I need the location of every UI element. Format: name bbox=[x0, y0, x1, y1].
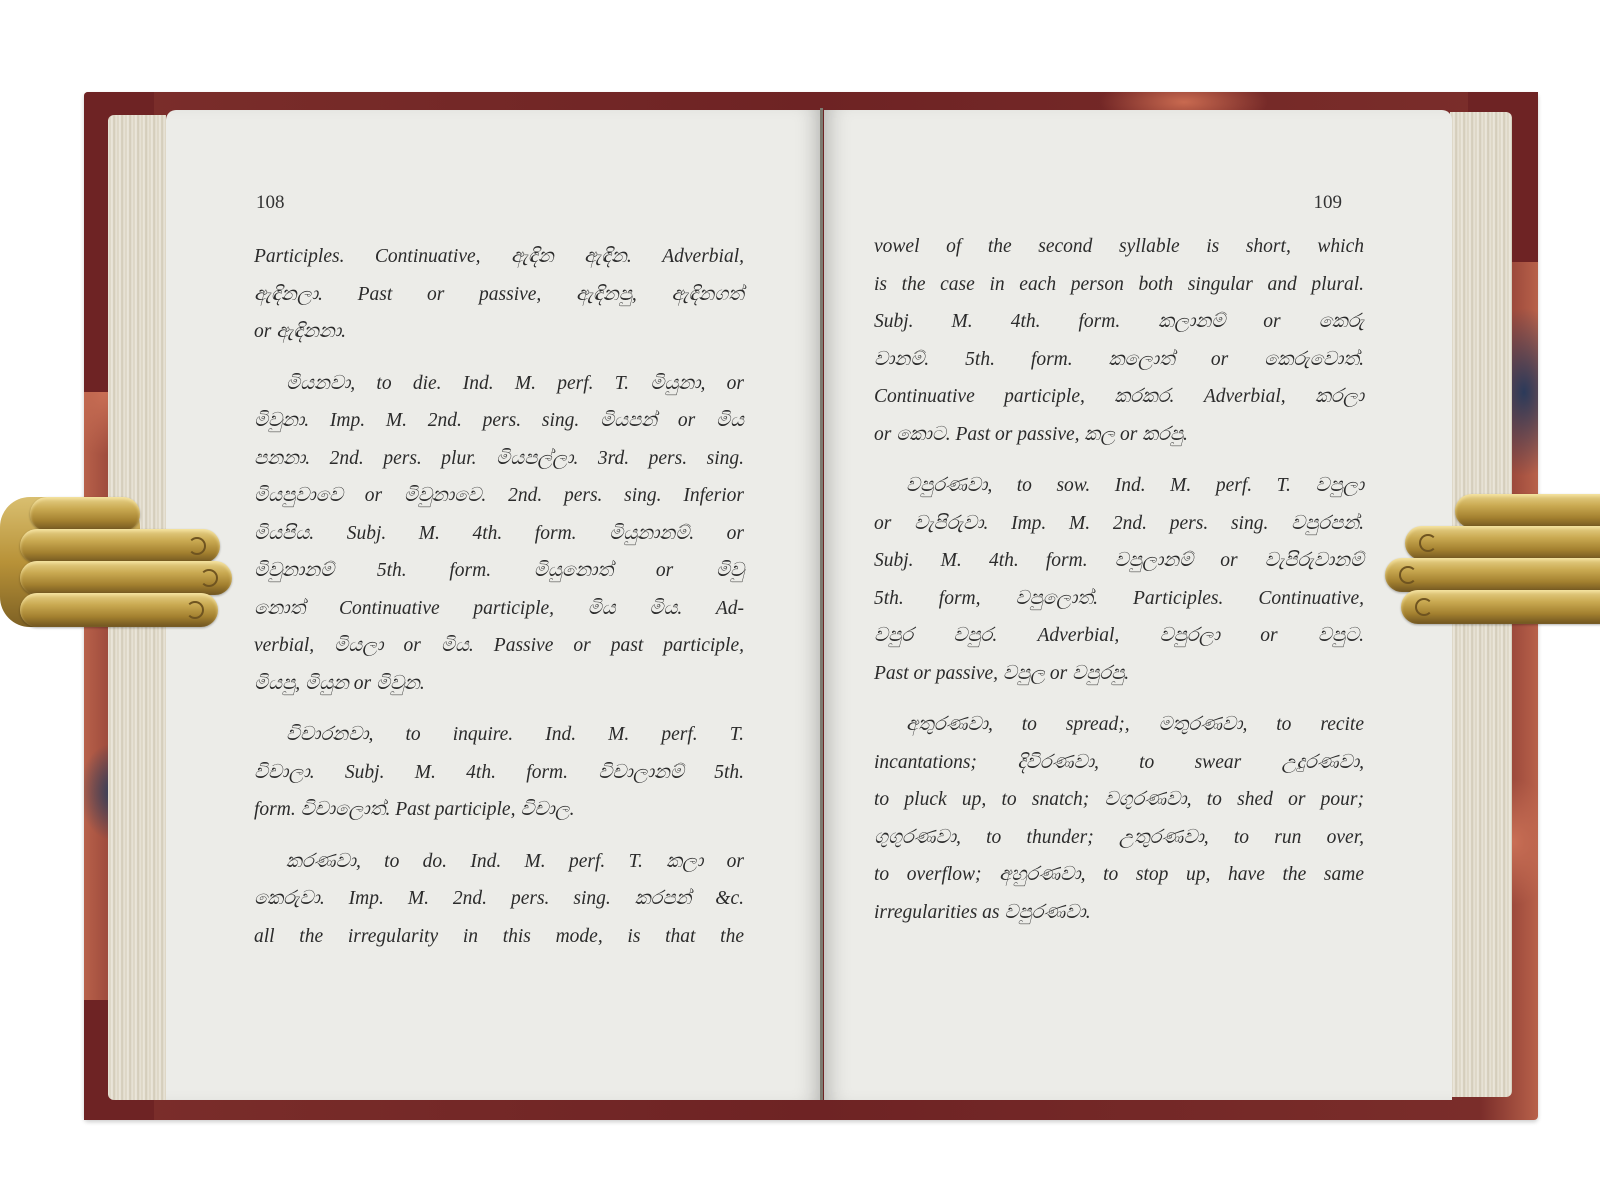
text-line: to pluck up, to snatch; වගුරණවා, to shed… bbox=[874, 781, 1364, 819]
paragraph: විචාරනවා, to inquire. Ind. M. perf. T. ව… bbox=[254, 716, 744, 829]
text-line: 5th. form, වපුලොත්. Participles. Continu… bbox=[874, 580, 1364, 618]
text-line: or ඇඳිනනා. bbox=[254, 313, 744, 351]
text-line: මියපු, මියුන or මිවුන. bbox=[254, 665, 744, 703]
finger bbox=[20, 561, 232, 595]
text-line: විචාරනවා, to inquire. Ind. M. perf. T. bbox=[254, 716, 744, 754]
finger bbox=[20, 529, 220, 563]
finger bbox=[1385, 558, 1600, 592]
paragraph: අතුරණවා, to spread;, මතුරණවා, to recite … bbox=[874, 706, 1364, 931]
text-line: or කොට. Past or passive, කල or කරපු. bbox=[874, 416, 1364, 454]
paragraph: vowel of the second syllable is short, w… bbox=[874, 228, 1364, 453]
text-line: විචාලා. Subj. M. 4th. form. විචාලානම් 5t… bbox=[254, 754, 744, 792]
thumb bbox=[30, 497, 140, 531]
thumb bbox=[1455, 494, 1600, 528]
page-text: Participles. Continuative, ඇඳින ඇඳින. Ad… bbox=[254, 238, 744, 969]
book-gutter bbox=[820, 108, 823, 1100]
text-line: or වැපිරුවා. Imp. M. 2nd. pers. sing. වප… bbox=[874, 505, 1364, 543]
text-line: Participles. Continuative, ඇඳින ඇඳින. Ad… bbox=[254, 238, 744, 276]
text-line: Continuative participle, කරකර. Adverbial… bbox=[874, 378, 1364, 416]
text-line: වපුර වපුර. Adverbial, වපුරලා or වපුට. bbox=[874, 617, 1364, 655]
finger bbox=[1401, 590, 1600, 624]
text-line: කෙරුවා. Imp. M. 2nd. pers. sing. කරපන් &… bbox=[254, 880, 744, 918]
text-line: all the irregularity in this mode, is th… bbox=[254, 918, 744, 956]
text-line: irregularities as වපුරණවා. bbox=[874, 894, 1364, 932]
brass-hand-left-icon bbox=[0, 487, 240, 637]
text-line: incantations; දිවිරණවා, to swear උදුරණවා… bbox=[874, 744, 1364, 782]
text-line: Past or passive, වපුල or වපුරපු. bbox=[874, 655, 1364, 693]
brass-hand-right-icon bbox=[1385, 484, 1600, 634]
paragraph: Participles. Continuative, ඇඳින ඇඳින. Ad… bbox=[254, 238, 744, 351]
text-line: මියනවා, to die. Ind. M. perf. T. මියුනා,… bbox=[254, 365, 744, 403]
left-page: 108 Participles. Continuative, ඇඳින ඇඳින… bbox=[166, 110, 822, 1100]
text-line: ඇඳිනලා. Past or passive, ඇඳිනපු, ඇඳිනගත් bbox=[254, 276, 744, 314]
text-line: කරණවා, to do. Ind. M. perf. T. කලා or bbox=[254, 843, 744, 881]
text-line: to overflow; අහුරණවා, to stop up, have t… bbox=[874, 856, 1364, 894]
text-line: මියපුවාවෙ or මිවුනාවෙ. 2nd. pers. sing. … bbox=[254, 477, 744, 515]
paragraph: කරණවා, to do. Ind. M. perf. T. කලා or කෙ… bbox=[254, 843, 744, 956]
text-line: නොත් Continuative participle, මිය මිය. A… bbox=[254, 590, 744, 628]
page-number: 108 bbox=[256, 192, 285, 214]
text-line: මිවුනානම් 5th. form. මියුනොත් or මිවු bbox=[254, 552, 744, 590]
text-line: verbial, මියලා or මිය. Passive or past p… bbox=[254, 627, 744, 665]
text-line: මිවුනා. Imp. M. 2nd. pers. sing. මියපන් … bbox=[254, 402, 744, 440]
text-line: Subj. M. 4th. form. කලානම් or කෙරු bbox=[874, 303, 1364, 341]
finger bbox=[20, 593, 218, 627]
text-line: vowel of the second syllable is short, w… bbox=[874, 228, 1364, 266]
paragraph: මියනවා, to die. Ind. M. perf. T. මියුනා,… bbox=[254, 365, 744, 703]
text-line: ගුගුරණවා, to thunder; උතුරණවා, to run ov… bbox=[874, 819, 1364, 857]
text-line: පනනා. 2nd. pers. plur. මියපල්ලා. 3rd. pe… bbox=[254, 440, 744, 478]
page-text: vowel of the second syllable is short, w… bbox=[874, 228, 1364, 945]
finger bbox=[1405, 526, 1600, 560]
text-line: is the case in each person both singular… bbox=[874, 266, 1364, 304]
text-line: අතුරණවා, to spread;, මතුරණවා, to recite bbox=[874, 706, 1364, 744]
text-line: වානම්. 5th. form. කලොත් or කෙරුවොත්. bbox=[874, 341, 1364, 379]
text-line: වපුරණවා, to sow. Ind. M. perf. T. වපුලා bbox=[874, 467, 1364, 505]
page-number: 109 bbox=[1314, 192, 1343, 214]
paragraph: වපුරණවා, to sow. Ind. M. perf. T. වපුලා … bbox=[874, 467, 1364, 692]
right-page: 109 vowel of the second syllable is shor… bbox=[824, 110, 1452, 1100]
text-line: මියපිය. Subj. M. 4th. form. මියුනානම්. o… bbox=[254, 515, 744, 553]
text-line: Subj. M. 4th. form. වපුලානම් or වැපිරුවා… bbox=[874, 542, 1364, 580]
text-line: form. විචාලොත්. Past participle, විචාල. bbox=[254, 791, 744, 829]
